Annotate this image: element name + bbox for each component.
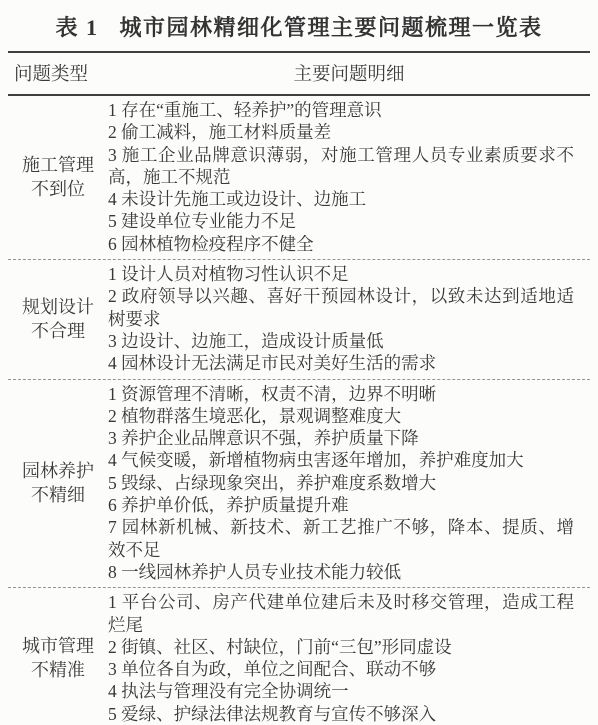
problem-item: 4 执法与管理没有完全协调统一: [108, 680, 574, 702]
table-figure: 表 1 城市园林精细化管理主要问题梳理一览表 问题类型 主要问题明细 施工管理不…: [0, 0, 598, 725]
problem-item: 3 施工企业品牌意识薄弱，对施工管理人员专业素质要求不高，施工不规范: [108, 144, 574, 189]
problem-item: 1 平台公司、房产代建单位建后未及时移交管理，造成工程烂尾: [108, 591, 574, 636]
problem-item: 2 植物群落生境恶化，景观调整难度大: [108, 405, 574, 427]
row-type-label: 施工管理不到位: [8, 99, 108, 255]
column-header-problem-type: 问题类型: [8, 60, 108, 86]
row-items: 1 设计人员对植物习性认识不足 2 政府领导以兴趣、喜好干预园林设计，以致未达到…: [108, 263, 590, 374]
problem-item: 3 养护企业品牌意识不强，养护质量下降: [108, 427, 574, 449]
problem-item: 4 未设计先施工或边设计、边施工: [108, 188, 574, 210]
row-type-text: 园林养护不精细: [18, 459, 98, 507]
problem-item: 6 养护单价低，养护质量提升难: [108, 494, 574, 516]
table-number: 表 1: [55, 15, 98, 40]
problem-item: 7 园林新机械、新技术、新工艺推广不够，降本、提质、增效不足: [108, 516, 574, 561]
problem-item: 6 园林植物检疫程序不健全: [108, 233, 574, 255]
row-type-text: 城市管理不精准: [18, 634, 98, 682]
problem-item: 2 街镇、社区、村缺位，门前“三包”形同虚设: [108, 636, 574, 658]
problem-item: 5 毁绿、占绿现象突出，养护难度系数增大: [108, 472, 574, 494]
table-header-row: 问题类型 主要问题明细: [8, 53, 590, 94]
row-type-label: 规划设计不合理: [8, 263, 108, 374]
table-row-garden-maintenance: 园林养护不精细 1 资源管理不清晰，权责不清，边界不明晰 2 植物群落生境恶化，…: [8, 380, 590, 588]
table-row-construction-management: 施工管理不到位 1 存在“重施工、轻养护”的管理意识 2 偷工减料，施工材料质量…: [8, 96, 590, 259]
table-title: 表 1 城市园林精细化管理主要问题梳理一览表: [8, 0, 590, 51]
problem-item: 4 园林设计无法满足市民对美好生活的需求: [108, 352, 574, 374]
problem-item: 1 设计人员对植物习性认识不足: [108, 263, 574, 285]
row-type-text: 规划设计不合理: [18, 295, 98, 343]
problem-item: 2 政府领导以兴趣、喜好干预园林设计，以致未达到适地适树要求: [108, 285, 574, 330]
row-type-label: 城市管理不精准: [8, 591, 108, 725]
problem-item: 1 存在“重施工、轻养护”的管理意识: [108, 99, 574, 121]
table-title-text: 城市园林精细化管理主要问题梳理一览表: [120, 15, 543, 40]
table-row-city-management: 城市管理不精准 1 平台公司、房产代建单位建后未及时移交管理，造成工程烂尾 2 …: [8, 588, 590, 725]
problem-item: 3 边设计、边施工，造成设计质量低: [108, 330, 574, 352]
problem-item: 5 建设单位专业能力不足: [108, 210, 574, 232]
problem-item: 8 一线园林养护人员专业技术能力较低: [108, 561, 574, 583]
row-items: 1 存在“重施工、轻养护”的管理意识 2 偷工减料，施工材料质量差 3 施工企业…: [108, 99, 590, 255]
problem-item: 3 单位各自为政，单位之间配合、联动不够: [108, 658, 574, 680]
problem-item: 2 偷工减料，施工材料质量差: [108, 121, 574, 143]
problem-item: 5 爱绿、护绿法律法规教育与宣传不够深入: [108, 703, 574, 725]
row-type-label: 园林养护不精细: [8, 383, 108, 584]
row-type-text: 施工管理不到位: [18, 153, 98, 201]
row-items: 1 平台公司、房产代建单位建后未及时移交管理，造成工程烂尾 2 街镇、社区、村缺…: [108, 591, 590, 725]
problem-item: 4 气候变暖，新增植物病虫害逐年增加，养护难度加大: [108, 449, 574, 471]
column-header-main-detail: 主要问题明细: [108, 60, 590, 86]
table-row-planning-design: 规划设计不合理 1 设计人员对植物习性认识不足 2 政府领导以兴趣、喜好干预园林…: [8, 260, 590, 378]
row-items: 1 资源管理不清晰，权责不清，边界不明晰 2 植物群落生境恶化，景观调整难度大 …: [108, 383, 590, 584]
problem-item: 1 资源管理不清晰，权责不清，边界不明晰: [108, 383, 574, 405]
